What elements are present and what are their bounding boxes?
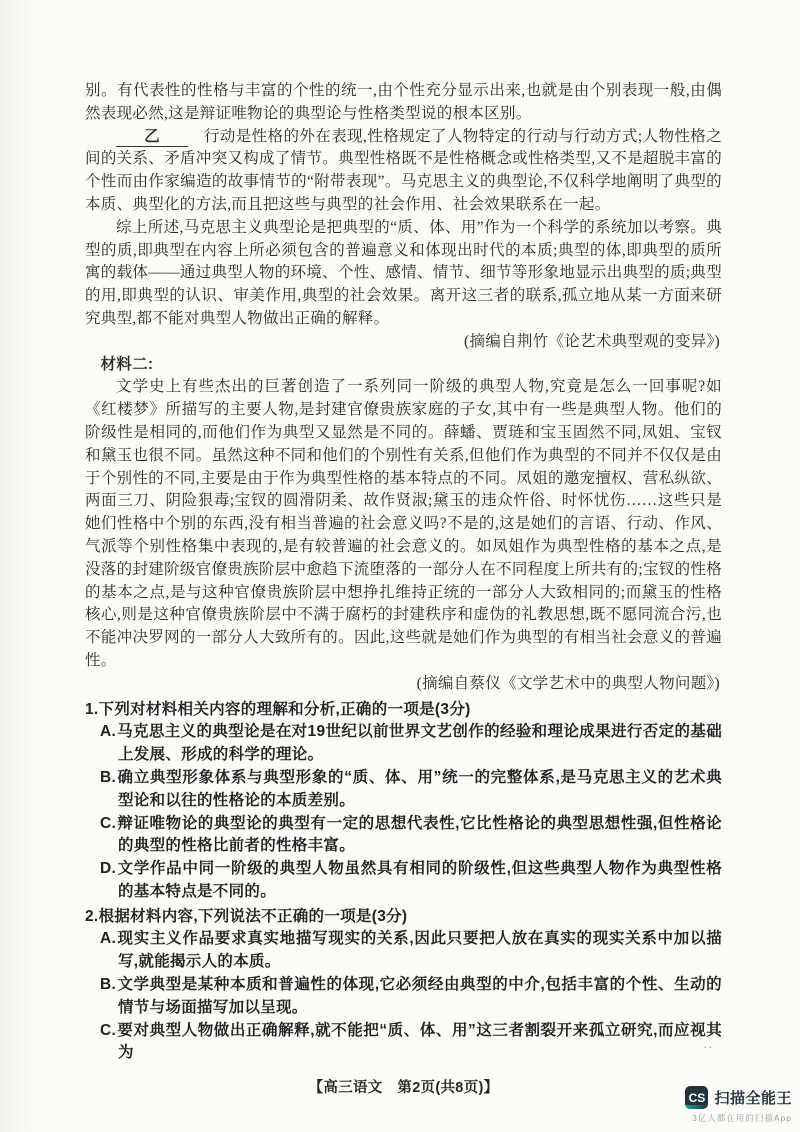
option-text: 要对典型人物做出正确解释,就不能把“质、体、用”这三者割裂开来孤立研究,而应视其…: [117, 1022, 722, 1062]
option-label: D.: [100, 860, 116, 877]
material-two-attribution: (摘编自蔡仪《文学艺术中的典型人物问题》): [85, 673, 722, 696]
question-2-option-c: C.要对典型人物做出正确解释,就不能把“质、体、用”这三者割裂开来孤立研究,而应…: [85, 1020, 722, 1066]
question-1-option-c: C.辩证唯物论的典型论的典型有一定的思想代表性,它比性格论的典型思想性强,但性格…: [85, 813, 722, 859]
question-1: 1.下列对材料相关内容的理解和分析,正确的一项是(3分) A.马克思主义的典型论…: [85, 699, 722, 904]
question-2-option-b: B.文学典型是某种本质和普遍性的体现,它必须经由典型的中介,包括丰富的个性、生动…: [85, 974, 722, 1020]
scanned-exam-page: 别。有代表性的性格与丰富的个性的统一,由个性充分显示出来,也就是由个别表现一般,…: [0, 0, 800, 1132]
question-1-option-b: B.确立典型形象体系与典型形象的“质、体、用”统一的完整体系,是马克思主义的艺术…: [85, 767, 722, 813]
material-two-body: 文学史上有些杰出的巨著创造了一系列同一阶级的典型人物,究竟是怎么一回事呢?如《红…: [85, 376, 722, 672]
option-label: A.: [100, 723, 116, 740]
fill-in-blank-yi: 乙: [116, 128, 188, 147]
material-one-attribution: (摘编自荆竹《论艺术典型观的变异》): [85, 331, 722, 354]
question-1-option-d: D.文学作品中同一阶级的典型人物虽然具有相同的阶级性,但这些典型人物作为典型性格…: [85, 858, 722, 904]
question-2-option-a: A.现实主义作品要求真实地描写现实的关系,因此只要把人放在真实的现实关系中加以描…: [85, 928, 722, 974]
camscanner-logo-row: CS 扫描全能王: [642, 1086, 792, 1109]
camscanner-brand-name: 扫描全能王: [714, 1087, 792, 1108]
question-2-stem: 2.根据材料内容,下列说法不正确的一项是(3分): [85, 906, 722, 929]
option-label: A.: [100, 930, 116, 947]
question-1-stem: 1.下列对材料相关内容的理解和分析,正确的一项是(3分): [85, 699, 722, 722]
scan-artifact-dots: ..: [704, 1036, 715, 1052]
option-text: 确立典型形象体系与典型形象的“质、体、用”统一的完整体系,是马克思主义的艺术典型…: [117, 769, 722, 809]
question-2: 2.根据材料内容,下列说法不正确的一项是(3分) A.现实主义作品要求真实地描写…: [85, 906, 722, 1066]
questions-section: 1.下列对材料相关内容的理解和分析,正确的一项是(3分) A.马克思主义的典型论…: [85, 699, 722, 1066]
option-text: 现实主义作品要求真实地描写现实的关系,因此只要把人放在真实的现实关系中加以描写,…: [117, 930, 722, 970]
paragraph-summary: 综上所述,马克思主义典型论是把典型的“质、体、用”作为一个科学的系统加以考察。典…: [85, 217, 722, 331]
page-footer-label: 【高三语文 第2页(共8页)】: [85, 1077, 722, 1100]
question-1-option-a: A.马克思主义的典型论是在对19世纪以前世界文艺创作的经验和理论成果进行否定的基…: [85, 721, 722, 767]
option-label: C.: [100, 1022, 116, 1039]
option-text: 辩证唯物论的典型论的典型有一定的思想代表性,它比性格论的典型思想性强,但性格论的…: [117, 815, 722, 855]
paragraph-continuation: 别。有代表性的性格与丰富的个性的统一,由个性充分显示出来,也就是由个别表现一般,…: [85, 80, 722, 126]
option-label: C.: [100, 815, 116, 832]
material-two-heading: 材料二:: [85, 354, 722, 377]
option-label: B.: [100, 769, 116, 786]
camscanner-tagline: 3亿人都在用的扫描App: [642, 1112, 792, 1124]
camscanner-watermark: CS 扫描全能王 3亿人都在用的扫描App: [642, 1086, 792, 1124]
option-label: B.: [100, 976, 116, 993]
page-content: 别。有代表性的性格与丰富的个性的统一,由个性充分显示出来,也就是由个别表现一般,…: [0, 0, 800, 1100]
option-text: 文学典型是某种本质和普遍性的体现,它必须经由典型的中介,包括丰富的个性、生动的情…: [117, 976, 722, 1016]
option-text: 文学作品中同一阶级的典型人物虽然具有相同的阶级性,但这些典型人物作为典型性格的基…: [117, 860, 722, 900]
paragraph-yi: 乙 行动是性格的外在表现,性格规定了人物特定的行动与行动方式;人物性格之间的关系…: [85, 126, 722, 217]
option-text: 马克思主义的典型论是在对19世纪以前世界文艺创作的经验和理论成果进行否定的基础上…: [117, 723, 722, 763]
camscanner-cs-icon: CS: [685, 1086, 708, 1109]
